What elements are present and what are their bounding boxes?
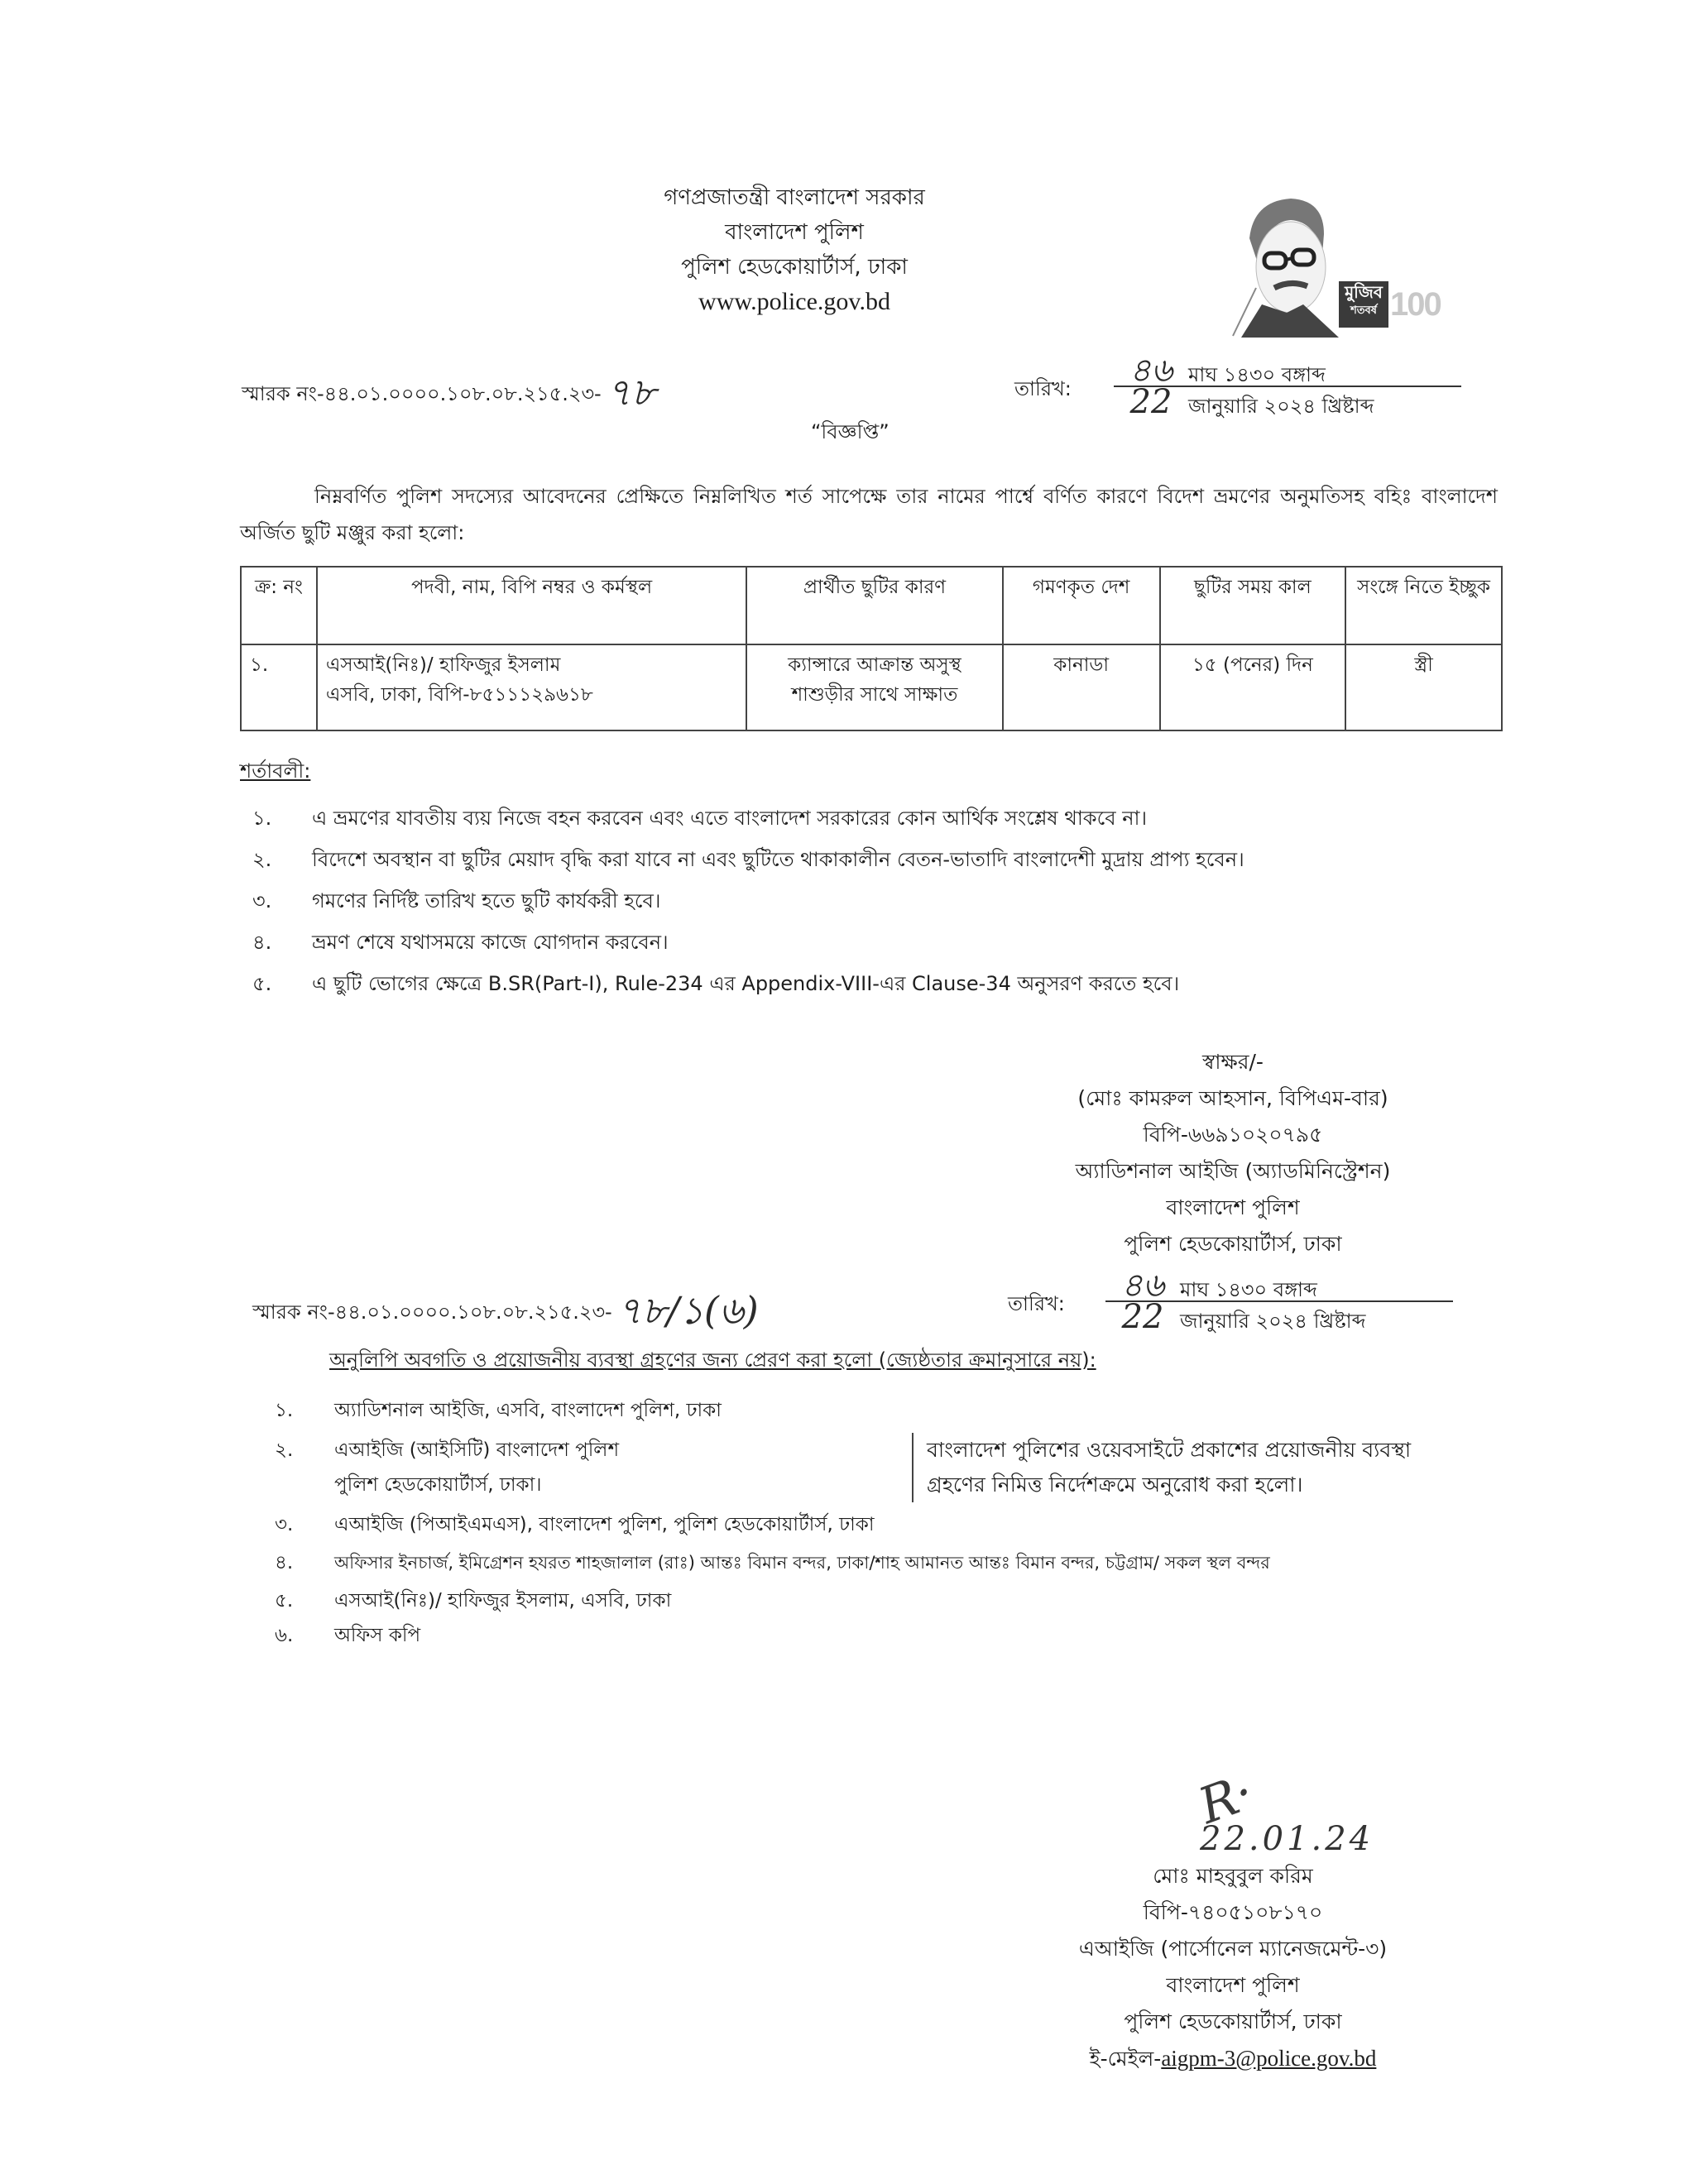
copy-item: ৪.অফিসার ইনচার্জ, ইমিগ্রেশন হযরত শাহজালা… — [275, 1545, 1475, 1580]
signatory-bp: বিপি-৬৬৯১০২০৭৯৫ — [1043, 1117, 1423, 1153]
col-country: গমণকৃত দেশ — [1003, 567, 1160, 644]
cell-name: এসআই(নিঃ)/ হাফিজুর ইসলাম এসবি, ঢাকা, বিপ… — [317, 644, 746, 730]
memo-number: স্মারক নং-৪৪.০১.০০০০.১০৮.০৮.২১৫.২৩-৭৮ — [242, 364, 656, 427]
cell-companion: স্ত্রী — [1345, 644, 1502, 730]
portrait-icon — [1225, 189, 1340, 338]
org-name: বাংলাদেশ পুলিশ — [579, 215, 1009, 250]
memo-number-2: স্মারক নং-৪৪.০১.০০০০.১০৮.০৮.২১৫.২৩-৭৮/১(… — [252, 1282, 759, 1345]
office-name: পুলিশ হেডকোয়ার্টার্স, ঢাকা — [579, 250, 1009, 285]
handwritten-bangla-day: ৪৬ — [1105, 1271, 1180, 1300]
col-duration: ছুটির সময় কাল — [1160, 567, 1346, 644]
logo-100: 100 — [1390, 286, 1441, 323]
signed-mark: স্বাক্ষর/- — [1043, 1044, 1423, 1080]
signatory-name: মোঃ মাহবুবুল করিম — [1026, 1858, 1440, 1894]
logo-text: মুজিব শতবর্ষ — [1339, 281, 1388, 328]
cell-duration: ১৫ (পনের) দিন — [1160, 644, 1346, 730]
copy-item: ১.অ্যাডিশনাল আইজি, এসবি, বাংলাদেশ পুলিশ,… — [275, 1393, 1475, 1428]
letterhead: গণপ্রজাতন্ত্রী বাংলাদেশ সরকার বাংলাদেশ প… — [579, 180, 1009, 319]
signatory-designation: অ্যাডিশনাল আইজি (অ্যাডমিনিস্ট্রেশন) — [1043, 1153, 1423, 1190]
copy-item: ২.এআইজি (আইসিটি) বাংলাদেশ পুলিশ পুলিশ হে… — [275, 1433, 1475, 1502]
website-link[interactable]: www.police.gov.bd — [579, 285, 1009, 319]
col-reason: প্রার্থীত ছুটির কারণ — [746, 567, 1003, 644]
leave-table: ক্র: নং পদবী, নাম, বিপি নম্বর ও কর্মস্থল… — [240, 566, 1503, 731]
handwritten-greg-day: 22 — [1105, 1302, 1180, 1332]
notice-title: “বিজ্ঞপ্তি” — [811, 417, 890, 450]
signatory-office: পুলিশ হেডকোয়ার্টার্স, ঢাকা — [1043, 1226, 1423, 1262]
copy-list: ১.অ্যাডিশনাল আইজি, এসবি, বাংলাদেশ পুলিশ,… — [275, 1393, 1475, 1653]
col-companion: সংঙ্গে নিতে ইচ্ছুক — [1345, 567, 1502, 644]
signatory-org: বাংলাদেশ পুলিশ — [1026, 1967, 1440, 2004]
signature-block-2: মোঃ মাহবুবুল করিম বিপি-৭৪০৫১০৮১৭০ এআইজি … — [1026, 1858, 1440, 2077]
govt-name: গণপ্রজাতন্ত্রী বাংলাদেশ সরকার — [579, 180, 1009, 215]
signatory-designation: এআইজি (পার্সোনেল ম্যানেজমেন্ট-৩) — [1026, 1931, 1440, 1967]
signatory-email: ই-মেইল-aigpm-3@police.gov.bd — [1026, 2040, 1440, 2077]
intro-paragraph: নিম্নবর্ণিত পুলিশ সদস্যের আবেদনের প্রেক্… — [240, 478, 1498, 551]
mujib-borsho-logo: মুজিব শতবর্ষ 100 — [1225, 189, 1431, 338]
handwritten-sign-date: 22.01.24 — [1200, 1820, 1374, 1858]
cell-serial: ১. — [241, 644, 317, 730]
handwritten-memo-no: ৭৮ — [607, 370, 656, 414]
signatory-bp: বিপি-৭৪০৫১০৮১৭০ — [1026, 1894, 1440, 1931]
handwritten-bangla-day: ৪৬ — [1114, 356, 1188, 386]
handwritten-greg-day: 22 — [1114, 387, 1188, 417]
col-name: পদবী, নাম, বিপি নম্বর ও কর্মস্থল — [317, 567, 746, 644]
conditions-list: ১.এ ভ্রমণের যাবতীয় ব্যয় নিজে বহন করবেন… — [252, 797, 1494, 1004]
conditions-title: শর্তাবলী: — [240, 756, 310, 789]
condition-item: ১.এ ভ্রমণের যাবতীয় ব্যয় নিজে বহন করবেন… — [252, 797, 1494, 839]
signatory-office: পুলিশ হেডকোয়ার্টার্স, ঢাকা — [1026, 2004, 1440, 2040]
signatory-name: (মোঃ কামরুল আহসান, বিপিএম-বার) — [1043, 1080, 1423, 1117]
cell-reason: ক্যান্সারে আক্রান্ত অসুস্থ শাশুড়ীর সাথে… — [746, 644, 1003, 730]
condition-item: ৪.ভ্রমণ শেষে যথাসময়ে কাজে যোগদান করবেন। — [252, 922, 1494, 963]
handwritten-memo-no-2: ৭৮/১(৬) — [617, 1288, 759, 1333]
website-publish-note: বাংলাদেশ পুলিশের ওয়েবসাইটে প্রকাশের প্র… — [912, 1433, 1456, 1502]
signature-block-1: স্বাক্ষর/- (মোঃ কামরুল আহসান, বিপিএম-বার… — [1043, 1044, 1423, 1262]
condition-item: ৩.গমণের নির্দিষ্ট তারিখ হতে ছুটি কার্যকর… — [252, 880, 1494, 922]
col-serial: ক্র: নং — [241, 567, 317, 644]
copy-item: ৬.অফিস কপি — [275, 1618, 1475, 1653]
date-fraction: ৪৬মাঘ ১৪৩০ বঙ্গাব্দ 22জানুয়ারি ২০২৪ খ্র… — [1105, 1271, 1453, 1332]
condition-item: ৫.এ ছুটি ভোগের ক্ষেত্রে B.SR(Part-I), Ru… — [252, 963, 1494, 1004]
copy-heading: অনুলিপি অবগতি ও প্রয়োজনীয় ব্যবস্থা গ্র… — [329, 1345, 1096, 1378]
date-fraction: ৪৬মাঘ ১৪৩০ বঙ্গাব্দ 22জানুয়ারি ২০২৪ খ্র… — [1114, 356, 1461, 417]
table-header-row: ক্র: নং পদবী, নাম, বিপি নম্বর ও কর্মস্থল… — [241, 567, 1502, 644]
email-link[interactable]: aigpm-3@police.gov.bd — [1161, 2046, 1376, 2071]
copy-item: ৩.এআইজি (পিআইএমএস), বাংলাদেশ পুলিশ, পুলি… — [275, 1507, 1475, 1542]
cell-country: কানাডা — [1003, 644, 1160, 730]
signatory-org: বাংলাদেশ পুলিশ — [1043, 1190, 1423, 1226]
date-label: তারিখ: — [1014, 374, 1072, 407]
table-row: ১. এসআই(নিঃ)/ হাফিজুর ইসলাম এসবি, ঢাকা, … — [241, 644, 1502, 730]
copy-item: ৫.এসআই(নিঃ)/ হাফিজুর ইসলাম, এসবি, ঢাকা — [275, 1583, 1475, 1618]
date-label: তারিখ: — [1008, 1289, 1065, 1322]
condition-item: ২.বিদেশে অবস্থান বা ছুটির মেয়াদ বৃদ্ধি … — [252, 839, 1494, 880]
